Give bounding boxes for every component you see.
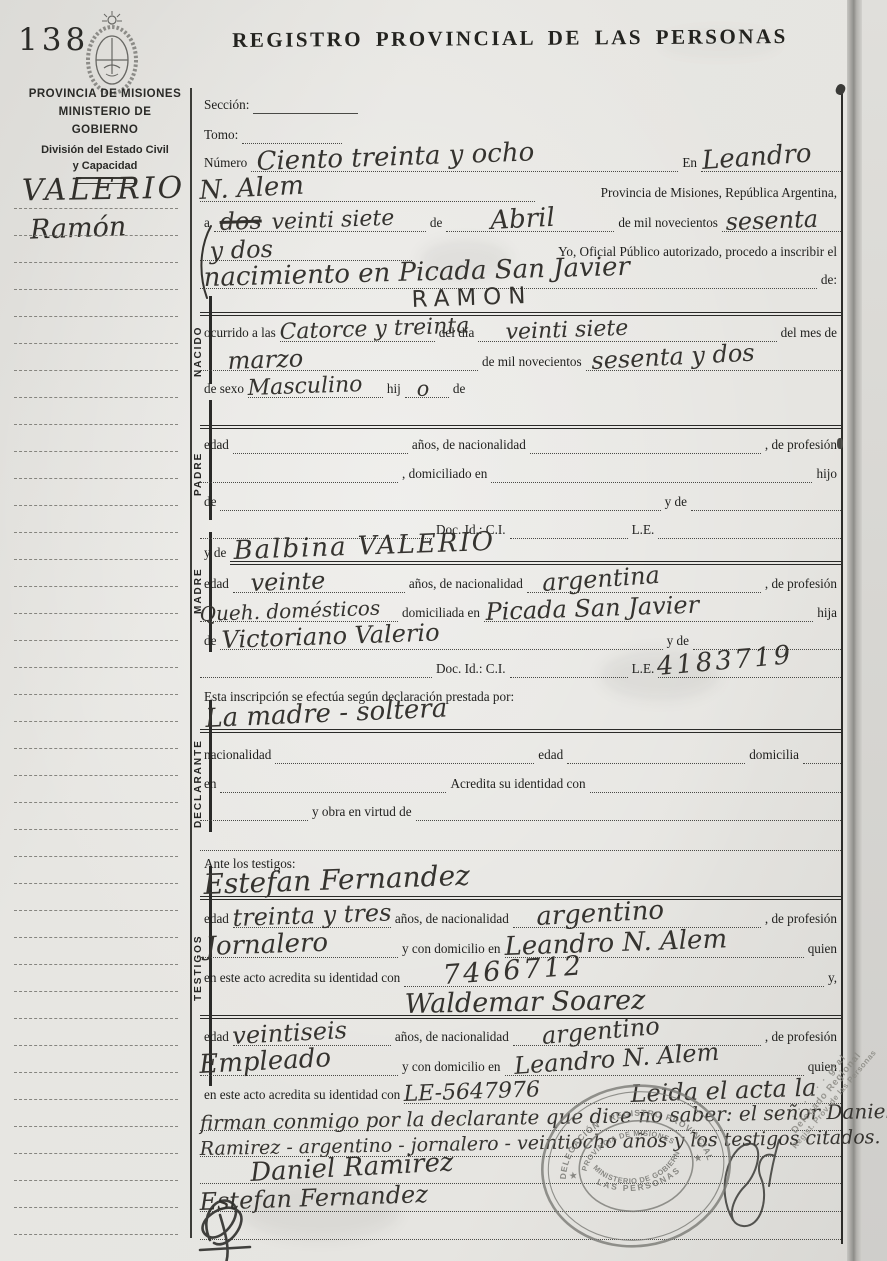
row-acto: nacimiento en Picada San Javier de:	[200, 269, 841, 289]
testigo1-edad-handwritten: treinta y tres	[232, 900, 392, 930]
margin-rule-line	[14, 1234, 178, 1235]
row-testigo1-edad: edad treinta y tres años, de nacionalida…	[200, 908, 841, 928]
testigo1-domicilio-label: y con domicilio en	[398, 941, 505, 958]
margin-rule-line	[14, 640, 178, 641]
row-declarante-extra	[200, 831, 841, 851]
crossed-out-word: dos	[219, 209, 262, 234]
declarante-edad-blank	[567, 747, 745, 764]
testigo2-domicilio-blank: Leandro N. Alem	[505, 1059, 804, 1076]
declarante-intro-label: Esta inscripción se efectúa según declar…	[200, 689, 518, 706]
declarante-extra-blank	[200, 834, 841, 851]
row-oficial: y dos Yo, Oficial Público autorizado, pr…	[200, 241, 841, 261]
provincia-label: Provincia de Misiones, República Argenti…	[597, 185, 841, 202]
dia-nac-handwritten: veinti siete	[506, 318, 629, 344]
margin-rule-line	[14, 910, 178, 911]
padre-ci-blank	[510, 522, 628, 539]
madre-doc-blank0	[200, 661, 432, 678]
nacido-mil-novecientos-label: de mil novecientos	[478, 354, 586, 371]
margin-rule-line	[14, 1126, 178, 1127]
row-testigo2-nombre: Waldemar Soarez	[200, 996, 841, 1016]
testigo1-profesion-handwritten: Jornalero	[205, 930, 328, 960]
ano-registro-handwritten: sesenta	[725, 207, 818, 234]
testigo2-profesion-blank: Empleado	[200, 1059, 398, 1076]
page-number: 138	[18, 22, 89, 58]
madre-profesion-handwritten: Queh. domésticos	[199, 598, 380, 624]
oval-office-stamp: DELEGACIÓN · REGISTRO PROVINCIAL DE LAS …	[525, 1065, 747, 1261]
margin-rule-line	[14, 667, 178, 668]
handwritten-brace-stroke	[193, 222, 217, 302]
margin-rule-line	[14, 370, 178, 371]
madre-profesion-blank: Queh. domésticos	[200, 605, 398, 622]
margin-rule-line	[14, 802, 178, 803]
next-page-sliver	[862, 0, 887, 1261]
row-madre-edad: edad veinte años, de nacionalidad argent…	[200, 573, 841, 593]
madre-y-de2-label: y de	[663, 633, 693, 650]
declarante-blank: La madre - soltera	[200, 713, 841, 730]
declarante-virtud-blank	[416, 804, 841, 821]
margin-rule-line	[14, 748, 178, 749]
testigo2-acredita-label: en este acto acredita su identidad con	[200, 1087, 404, 1104]
madre-nacionalidad-handwritten: argentina	[541, 563, 660, 595]
row-testigo2-edad: edad veintiseis años, de nacionalidad ar…	[200, 1026, 841, 1046]
mes-nac-blank: marzo	[200, 354, 478, 371]
ano2-handwritten: y dos	[209, 237, 273, 263]
madre-domicilio-blank: Picada San Javier	[484, 605, 813, 622]
padre-doc-label: Doc. Id.: C.I.	[432, 522, 510, 539]
testigo1-profesion-label: , de profesión	[761, 911, 841, 928]
margin-rule-line	[14, 721, 178, 722]
testigo1-documento-blank: 7466712	[404, 970, 824, 987]
numero-blank: Ciento treinta y ocho	[251, 155, 678, 172]
row-nacido-hora: ocurrido a las Catorce y treinta del día…	[200, 322, 841, 342]
testigo1-profesion-blank: Jornalero	[200, 941, 398, 958]
numero-label: Número	[200, 155, 251, 172]
hijo-handwritten: o	[416, 379, 429, 400]
margin-rule-line	[14, 1207, 178, 1208]
madre-domicilio-handwritten: Picada San Javier	[485, 593, 699, 624]
margin-surname-handwritten: VALERIO	[22, 171, 186, 209]
dia-registro-blank: dos veinti siete	[214, 215, 426, 232]
oficial-label: Yo, Oficial Público autorizado, procedo …	[554, 244, 841, 261]
declarante-en-blank	[220, 776, 446, 793]
testigo2-domicilio-label: y con domicilio en	[398, 1059, 505, 1076]
margin-rule-line	[14, 397, 178, 398]
row-testigo2-domicilio: Empleado y con domicilio en Leandro N. A…	[200, 1056, 841, 1076]
row-declarante-datos: nacionalidad edad domicilia	[200, 744, 841, 764]
testigo1-nacionalidad-label: años, de nacionalidad	[391, 911, 513, 928]
madre-de-label: de	[200, 633, 220, 650]
madre-domiciliada-label: domiciliada en	[398, 605, 484, 622]
row-padre-edad: edad años, de nacionalidad , de profesió…	[200, 434, 841, 454]
margin-rule-line	[14, 937, 178, 938]
madre-edad-label: edad	[200, 576, 233, 593]
madre-hija-label: hija	[813, 605, 841, 622]
ano-nac-handwritten: sesenta y dos	[590, 340, 754, 373]
testigo1-nacionalidad-handwritten: argentino	[535, 897, 664, 930]
testigo1-edad-label: edad	[200, 911, 233, 928]
padre-edad-label: edad	[200, 437, 233, 454]
padre-hijo-label: hijo	[812, 466, 841, 483]
row-testigo1-nombre: Estefan Fernandez	[200, 877, 841, 897]
declarante-en-label: en	[200, 776, 220, 793]
margin-rule-line	[14, 1045, 178, 1046]
madre-abuelo-blank: Victoriano Valerio	[220, 633, 662, 650]
margin-rule-line	[14, 1180, 178, 1181]
margin-rule-line	[14, 829, 178, 830]
row-declarante-virtud: y obra en virtud de	[200, 801, 841, 821]
madre-edad-handwritten: veinte	[250, 568, 326, 595]
declarante-virtud-blank0	[200, 804, 308, 821]
padre-nacionalidad-label: años, de nacionalidad	[408, 437, 530, 454]
margin-rule-line	[14, 451, 178, 452]
mil-novecientos-label: de mil novecientos	[614, 215, 722, 232]
margin-rule-line	[14, 289, 178, 290]
margin-rule-line	[14, 1018, 178, 1019]
mes-registro-handwritten: Abril	[490, 205, 556, 234]
margin-rule-line	[14, 1072, 178, 1073]
seccion-label: Sección:	[200, 97, 253, 114]
padre-doc-blank0	[200, 522, 432, 539]
padre-nombre-blank	[200, 409, 841, 426]
tomo-label: Tomo:	[200, 127, 242, 144]
margin-rule-line	[14, 505, 178, 506]
testigo2-nombre-blank: Waldemar Soarez	[200, 999, 841, 1016]
margin-rule-line	[14, 856, 178, 857]
ano-registro-blank: sesenta	[722, 215, 841, 232]
declarante-acredita-blank	[590, 776, 841, 793]
ministerio-line: MINISTERIO DE GOBIERNO	[24, 104, 186, 140]
row-testigos-intro: Ante los testigos:	[200, 853, 841, 873]
lugar-handwritten: Leandro	[701, 140, 812, 174]
margin-rule-line	[14, 424, 178, 425]
row-madre-domicilio: Queh. domésticos domiciliada en Picada S…	[200, 602, 841, 622]
margin-rule-line	[14, 262, 178, 263]
de-colon-label: de:	[817, 272, 841, 289]
madre-ci-blank	[510, 661, 628, 678]
stamp-star-right: ★	[693, 1153, 703, 1165]
padre-le-blank	[658, 522, 841, 539]
row-madre-abuelos: de Victoriano Valerio y de	[200, 630, 841, 650]
declarante-virtud-label: y obra en virtud de	[308, 804, 416, 821]
testigo1-domicilio-handwritten: Leandro N. Alem	[504, 926, 727, 960]
padre-edad-blank	[233, 437, 408, 454]
sexo-handwritten: Masculino	[247, 374, 363, 400]
madre-profesion-label: , de profesión	[761, 576, 841, 593]
madre-edad-blank: veinte	[233, 576, 405, 593]
row-nombre-inscripto: RAMON	[200, 293, 841, 313]
madre-le-label: L.E.	[628, 661, 659, 678]
nombre-inscripto-blank: RAMON	[200, 296, 841, 313]
testigo1-acredita-label: en este acto acredita su identidad con	[200, 970, 404, 987]
declarante-domicilia-label: domicilia	[745, 747, 803, 764]
row-padre-doc: Doc. Id.: C.I. L.E.	[200, 519, 841, 539]
row-testigo1-documento: en este acto acredita su identidad con 7…	[200, 967, 841, 987]
tomo-blank	[242, 127, 342, 144]
column-divider-line	[190, 88, 192, 1238]
del-dia-label: del día	[435, 325, 479, 342]
row-declarante-quien: La madre - soltera	[200, 710, 841, 730]
division-line1: División del Estado Civil	[24, 143, 186, 158]
margin-rule-line	[14, 532, 178, 533]
testigo1-nacionalidad-blank: argentino	[513, 911, 761, 928]
row-provincia: N. Alem Provincia de Misiones, República…	[200, 182, 841, 202]
madre-le-blank: 4183719	[658, 661, 841, 678]
margin-ruled-lines	[14, 208, 178, 1258]
provincia-line: PROVINCIA DE MISIONES	[24, 86, 186, 104]
row-fecha-registro: a dos veinti siete de Abril de mil novec…	[200, 212, 841, 232]
margin-rule-line	[14, 316, 178, 317]
hijo-blank: o	[405, 381, 449, 398]
ano-nac-blank: sesenta y dos	[586, 354, 841, 371]
testigo2-nacionalidad-blank: argentino	[513, 1029, 761, 1046]
padre-nacionalidad-blank	[530, 437, 761, 454]
row-sexo: de sexo Masculino hij o de	[200, 378, 841, 398]
madre-nacionalidad-blank: argentina	[527, 576, 761, 593]
row-madre-nombre: y de Balbina VALERIO	[200, 542, 841, 562]
testigo1-y-label: y,	[824, 970, 841, 987]
margin-rule-line	[14, 883, 178, 884]
madre-y-de-label: y de	[200, 545, 230, 562]
margin-rule-line	[14, 613, 178, 614]
madre-nombre-blank: Balbina VALERIO	[230, 545, 841, 562]
margin-rule-line	[14, 1099, 178, 1100]
testigo2-documento-handwritten: LE-5647976	[403, 1079, 540, 1106]
row-tomo: Tomo:	[200, 124, 841, 144]
declarante-domicilia-blank	[803, 747, 841, 764]
testigo1-edad-blank: treinta y tres	[233, 911, 391, 928]
row-padre-domicilio: , domiciliado en hijo	[200, 463, 841, 483]
padre-abuelo-blank	[220, 494, 660, 511]
margin-rule-line	[14, 208, 178, 209]
padre-domicilio-blank	[491, 466, 812, 483]
row-seccion: Sección:	[200, 94, 841, 114]
ante-testigos-label: Ante los testigos:	[200, 856, 300, 873]
margin-rule-line	[14, 235, 178, 236]
declarante-nacionalidad-blank	[275, 747, 534, 764]
row-padre-abuelos: de y de	[200, 491, 841, 511]
lugar-blank: Leandro	[701, 155, 841, 172]
row-declarante-identidad: en Acredita su identidad con	[200, 773, 841, 793]
madre-doc-label: Doc. Id.: C.I.	[432, 661, 510, 678]
testigo2-nacionalidad-label: años, de nacionalidad	[391, 1029, 513, 1046]
scrawl-signature	[180, 1155, 290, 1261]
row-declarante-intro: Esta inscripción se efectúa según declar…	[200, 686, 841, 706]
margin-rule-line	[14, 1153, 178, 1154]
row-separador	[200, 406, 841, 426]
padre-abuela-blank	[691, 494, 841, 511]
row-testigo1-domicilio: Jornalero y con domicilio en Leandro N. …	[200, 938, 841, 958]
padre-de-label: de	[200, 494, 220, 511]
ano2-blank: y dos	[200, 244, 412, 261]
madre-abuela-blank	[693, 633, 841, 650]
margin-rule-line	[14, 559, 178, 560]
del-mes-label: del mes de	[777, 325, 841, 342]
mes-nac-handwritten: marzo	[227, 346, 303, 373]
margin-rule-line	[14, 694, 178, 695]
en-label: En	[678, 155, 701, 172]
de-label: de	[426, 215, 446, 232]
margin-rule-line	[14, 964, 178, 965]
testigo1-quien-label: quien	[804, 941, 841, 958]
dia-nac-blank: veinti siete	[478, 325, 776, 342]
acto-blank: nacimiento en Picada San Javier	[200, 272, 817, 289]
mes-registro-blank: Abril	[446, 215, 614, 232]
scanned-birth-record-page: 138 REGISTRO PROVINCIAL DE LAS PERSONAS …	[0, 0, 887, 1261]
numero-handwritten: Ciento treinta y ocho	[256, 139, 535, 175]
testigo2-profesion-label: , de profesión	[761, 1029, 841, 1046]
lugar2-handwritten: N. Alem	[199, 173, 305, 204]
madre-abuelo-handwritten: Victoriano Valerio	[222, 620, 441, 652]
declarante-edad-label: edad	[534, 747, 567, 764]
issuing-office-block: PROVINCIA DE MISIONES MINISTERIO DE GOBI…	[24, 86, 186, 184]
testigo2-profesion-handwritten: Empleado	[199, 1045, 332, 1078]
row-numero: Número Ciento treinta y ocho En Leandro	[200, 152, 841, 172]
declarante-acredita-label: Acredita su identidad con	[446, 776, 589, 793]
testigo2-nombre-handwritten: Waldemar Soarez	[405, 987, 646, 1018]
testigo2-edad-blank: veintiseis	[233, 1029, 391, 1046]
nacido-de-label: de	[449, 381, 469, 398]
seccion-blank	[253, 97, 358, 114]
margin-rule-line	[14, 775, 178, 776]
padre-profesion-label: , de profesión	[761, 437, 841, 454]
row-testigo2-documento: en este acto acredita su identidad con L…	[200, 1084, 841, 1104]
testigo1-nombre-blank: Estefan Fernandez	[200, 880, 841, 897]
madre-nacionalidad-label: años, de nacionalidad	[405, 576, 527, 593]
row-nacido-mes: marzo de mil novecientos sesenta y dos	[200, 351, 841, 371]
testigo2-edad-label: edad	[200, 1029, 233, 1046]
margin-rule-line	[14, 586, 178, 587]
document-title: REGISTRO PROVINCIAL DE LAS PERSONAS	[230, 24, 790, 53]
padre-y-de-label: y de	[661, 494, 691, 511]
dia-registro-handwritten: veinti siete	[271, 208, 394, 234]
declarante-nacionalidad-label: nacionalidad	[200, 747, 275, 764]
hora-blank: Catorce y treinta	[280, 325, 435, 342]
margin-rule-line	[14, 478, 178, 479]
ocurrido-label: ocurrido a las	[200, 325, 280, 342]
padre-domiciliado-label: , domiciliado en	[398, 466, 491, 483]
margin-rule-line	[14, 343, 178, 344]
row-madre-doc: Doc. Id.: C.I. L.E. 4183719	[200, 658, 841, 678]
hij-label: hij	[383, 381, 405, 398]
stamp-star-left: ★	[568, 1170, 578, 1182]
sexo-label: de sexo	[200, 381, 248, 398]
margin-rule-line	[14, 991, 178, 992]
padre-profesion-blank	[200, 466, 398, 483]
testigo2-edad-handwritten: veintiseis	[232, 1018, 348, 1048]
sexo-blank: Masculino	[248, 381, 383, 398]
lugar2-blank: N. Alem	[200, 185, 535, 202]
padre-le-label: L.E.	[628, 522, 659, 539]
testigo1-domicilio-blank: Leandro N. Alem	[505, 941, 804, 958]
